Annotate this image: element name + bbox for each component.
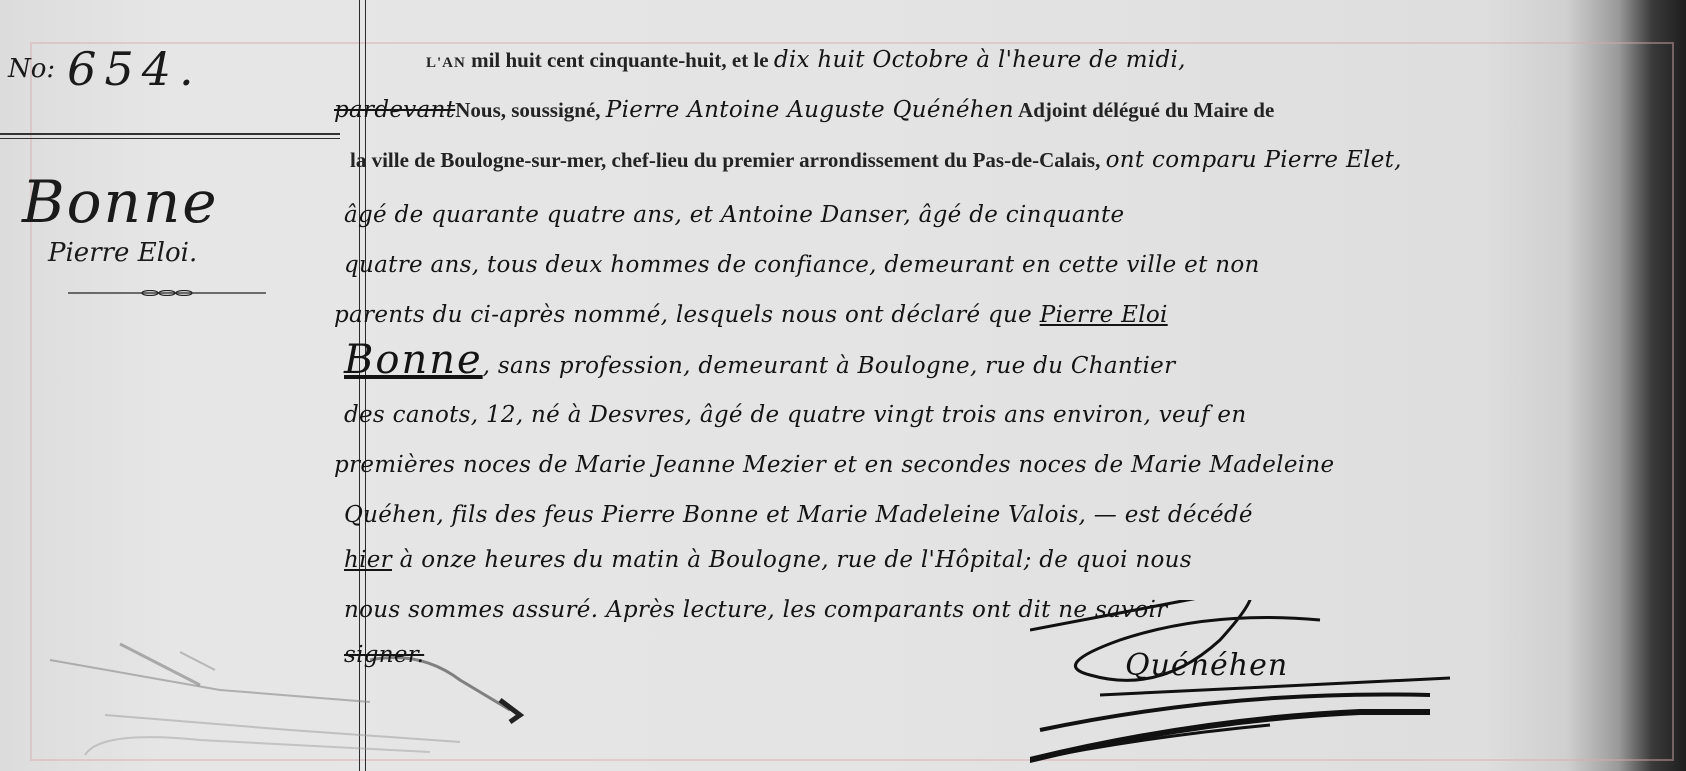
struck-handwriting: pardevant [334,97,455,123]
official-name: Pierre Antoine Auguste Quénéhen [606,97,1014,123]
printed-text: Adjoint délégué du Maire de [1014,98,1274,122]
printed-text: L'AN mil huit cent cinquante-huit, et le [426,48,774,72]
handwritten-date: dix huit Octobre à l'heure de midi, [774,47,1186,73]
deceased-given-names: Pierre Eloi [1040,302,1168,328]
register-page: No:654. Bonne Pierre Eloi. L'AN mil huit… [0,0,1686,771]
printed-text: Nous, soussigné, [455,98,606,122]
handwritten-text: Quéhen, fils des feus Pierre Bonne et Ma… [344,502,1253,528]
act-line-11: hier à onze heures du matin à Boulogne, … [344,540,1192,590]
handwritten-text: âgé de quarante quatre ans, et Antoine D… [344,202,1124,228]
entry-separator-rule [0,133,340,135]
act-line-13: signer. [344,635,424,685]
witness-1-name: ont comparu Pierre Elet, [1106,147,1402,173]
act-line-7: Bonne, sans profession, demeurant à Boul… [344,340,1175,390]
act-line-3: la ville de Boulogne-sur-mer, chef-lieu … [350,140,1402,190]
entry-number: No:654. [8,42,202,96]
act-line-2: pardevantNous, soussigné, Pierre Antoine… [334,90,1274,140]
handwritten-text: premières noces de Marie Jeanne Mezier e… [334,452,1334,478]
entry-number-value: 654. [67,42,201,96]
handwritten-text: quatre ans, tous deux hommes de confianc… [344,252,1260,278]
margin-given-names: Pierre Eloi. [48,238,197,268]
act-line-8: des canots, 12, né à Desvres, âgé de qua… [344,395,1246,445]
deceased-surname: Bonne [344,337,483,383]
handwritten-text: parents du ci-après nommé, lesquels nous… [334,302,1040,328]
handwritten-text: , sans profession, demeurant à Boulogne,… [483,353,1176,379]
margin-surname: Bonne [22,168,219,236]
act-line-9: premières noces de Marie Jeanne Mezier e… [334,445,1334,495]
act-line-10: Quéhen, fils des feus Pierre Bonne et Ma… [344,495,1253,545]
printed-text: la ville de Boulogne-sur-mer, chef-lieu … [350,148,1106,172]
act-line-5: quatre ans, tous deux hommes de confianc… [344,245,1260,295]
handwritten-text: des canots, 12, né à Desvres, âgé de qua… [344,402,1246,428]
handwritten-text: signer. [344,642,424,668]
entry-separator-rule [0,138,340,139]
flourish-ornament [68,290,266,296]
signature-flourish [1030,600,1530,770]
signature-text: Quénéhen [1125,648,1288,683]
entry-number-prefix: No: [8,54,55,84]
handwritten-text: à onze heures du matin à Boulogne, rue d… [392,547,1192,573]
handwritten-text: hier [344,547,392,573]
act-line-4: âgé de quarante quatre ans, et Antoine D… [344,195,1124,245]
act-line-1: L'AN mil huit cent cinquante-huit, et le… [426,40,1186,90]
faded-ink-marks [40,640,600,760]
